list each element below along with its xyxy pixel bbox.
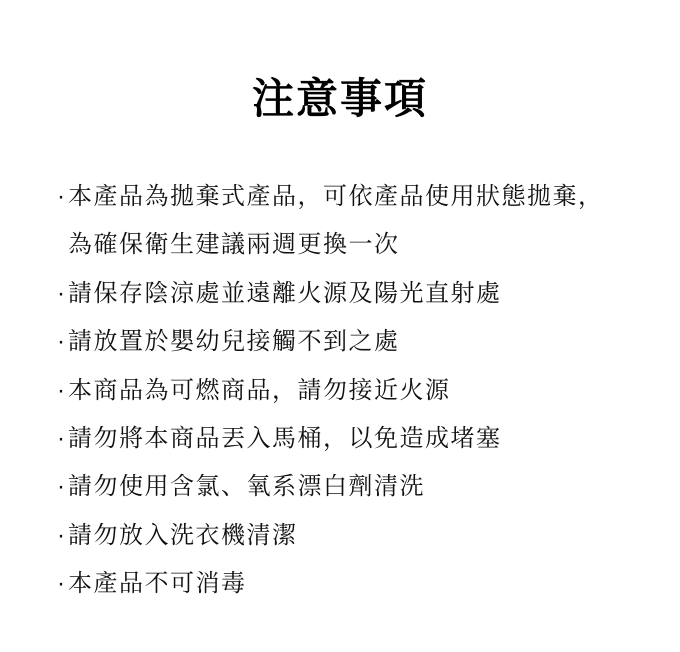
note-text: 本產品為拋棄式產品，可依產品使用狀態拋棄， <box>68 173 604 221</box>
bullet-dot: · <box>57 367 68 415</box>
note-line: · 本產品為拋棄式產品，可依產品使用狀態拋棄， <box>57 173 660 221</box>
note-line: · 本商品為可燃商品，請勿接近火源 <box>57 367 660 415</box>
note-text: 請放置於嬰幼兒接觸不到之處 <box>68 318 400 366</box>
note-line: · 請勿使用含氯、氧系漂白劑清洗 <box>57 463 660 511</box>
note-text: 為確保衛生建議兩週更換一次 <box>68 221 400 269</box>
care-instructions-page: 注意事項 · 本產品為拋棄式產品，可依產品使用狀態拋棄， 為確保衛生建議兩週更換… <box>0 0 680 652</box>
note-line: · 請放置於嬰幼兒接觸不到之處 <box>57 318 660 366</box>
bullet-dot: · <box>57 512 68 560</box>
bullet-dot: · <box>57 173 68 221</box>
note-text: 請勿使用含氯、氧系漂白劑清洗 <box>68 463 425 511</box>
note-text: 本商品為可燃商品，請勿接近火源 <box>68 367 451 415</box>
bullet-dot: · <box>57 463 68 511</box>
notes-list: · 本產品為拋棄式產品，可依產品使用狀態拋棄， 為確保衛生建議兩週更換一次 · … <box>0 173 680 609</box>
bullet-dot: · <box>57 270 68 318</box>
note-line-continuation: 為確保衛生建議兩週更換一次 <box>57 221 660 269</box>
note-line: · 本產品不可消毒 <box>57 560 660 608</box>
note-text: 本產品不可消毒 <box>68 560 247 608</box>
note-text: 請保存陰涼處並遠離火源及陽光直射處 <box>68 270 502 318</box>
note-line: · 請勿放入洗衣機清潔 <box>57 512 660 560</box>
note-line: · 請保存陰涼處並遠離火源及陽光直射處 <box>57 270 660 318</box>
note-text: 請勿放入洗衣機清潔 <box>68 512 298 560</box>
bullet-dot: · <box>57 560 68 608</box>
bullet-dot: · <box>57 415 68 463</box>
note-text: 請勿將本商品丟入馬桶，以免造成堵塞 <box>68 415 502 463</box>
bullet-dot: · <box>57 318 68 366</box>
note-line: · 請勿將本商品丟入馬桶，以免造成堵塞 <box>57 415 660 463</box>
page-title: 注意事項 <box>0 78 680 120</box>
